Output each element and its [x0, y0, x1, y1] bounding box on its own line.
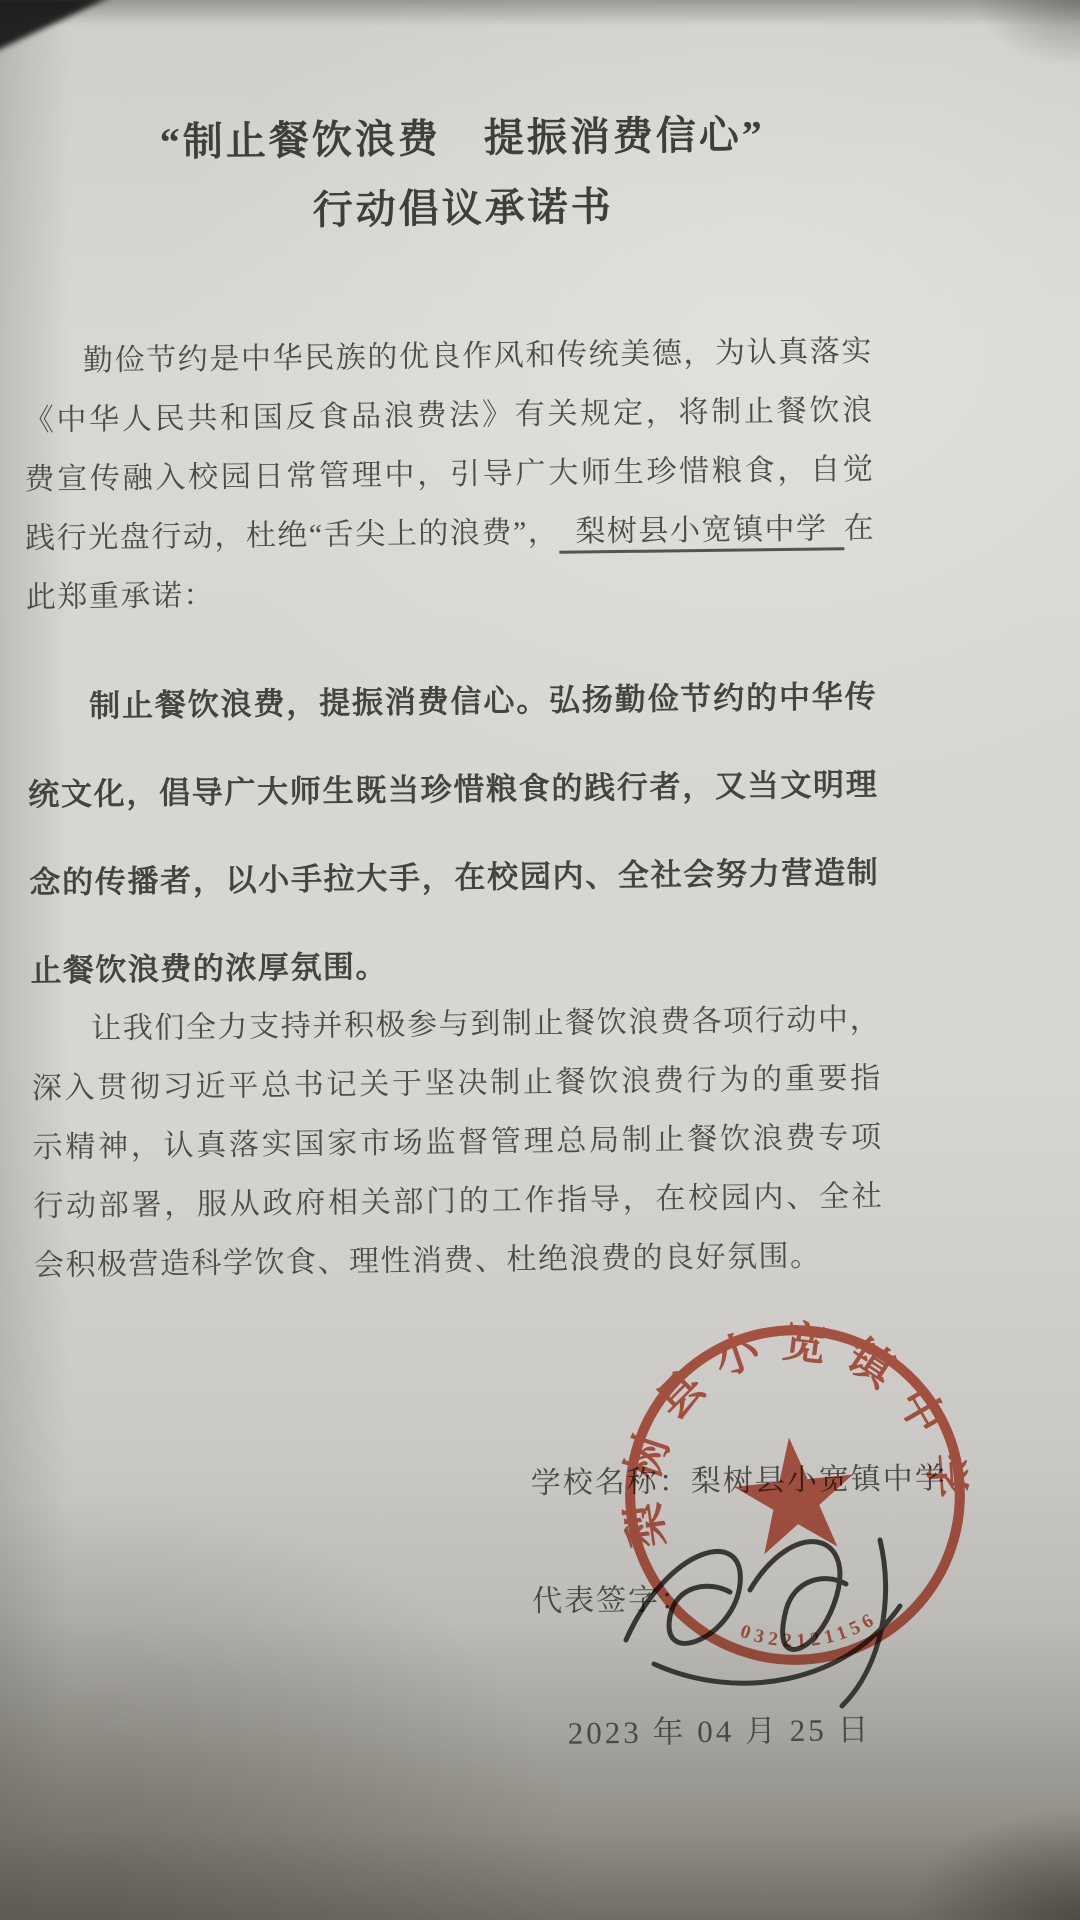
title-line-2: 行动倡议承诺书 — [33, 169, 894, 250]
document-title: “制止餐饮浪费 提振消费信心” 行动倡议承诺书 — [32, 99, 894, 249]
photo-corner-top-right — [920, 0, 1080, 95]
school-name-blank: 梨树县小宽镇中学 — [559, 512, 844, 553]
title-line-1: “制止餐饮浪费 提振消费信心” — [32, 99, 893, 180]
paragraph-intro: 勤俭节约是中华民族的优良作风和传统美德，为认真落实《中华人民共和国反食品浪费法》… — [23, 322, 877, 627]
paragraph-action: 让我们全力支持并积极参与到制止餐饮浪费各项行动中，深入贯彻习近平总书记关于坚决制… — [31, 990, 885, 1295]
photo-corner-top-left — [0, 0, 112, 52]
document-photo: “制止餐饮浪费 提振消费信心” 行动倡议承诺书 勤俭节约是中华民族的优良作风和传… — [0, 0, 1080, 1920]
paragraph-pledge: 制止餐饮浪费，提振消费信心。弘扬勤俭节约的中华传统文化，倡导广大师生既当珍惜粮食… — [27, 653, 881, 1015]
photo-corner-bottom-right — [800, 1750, 1080, 1920]
